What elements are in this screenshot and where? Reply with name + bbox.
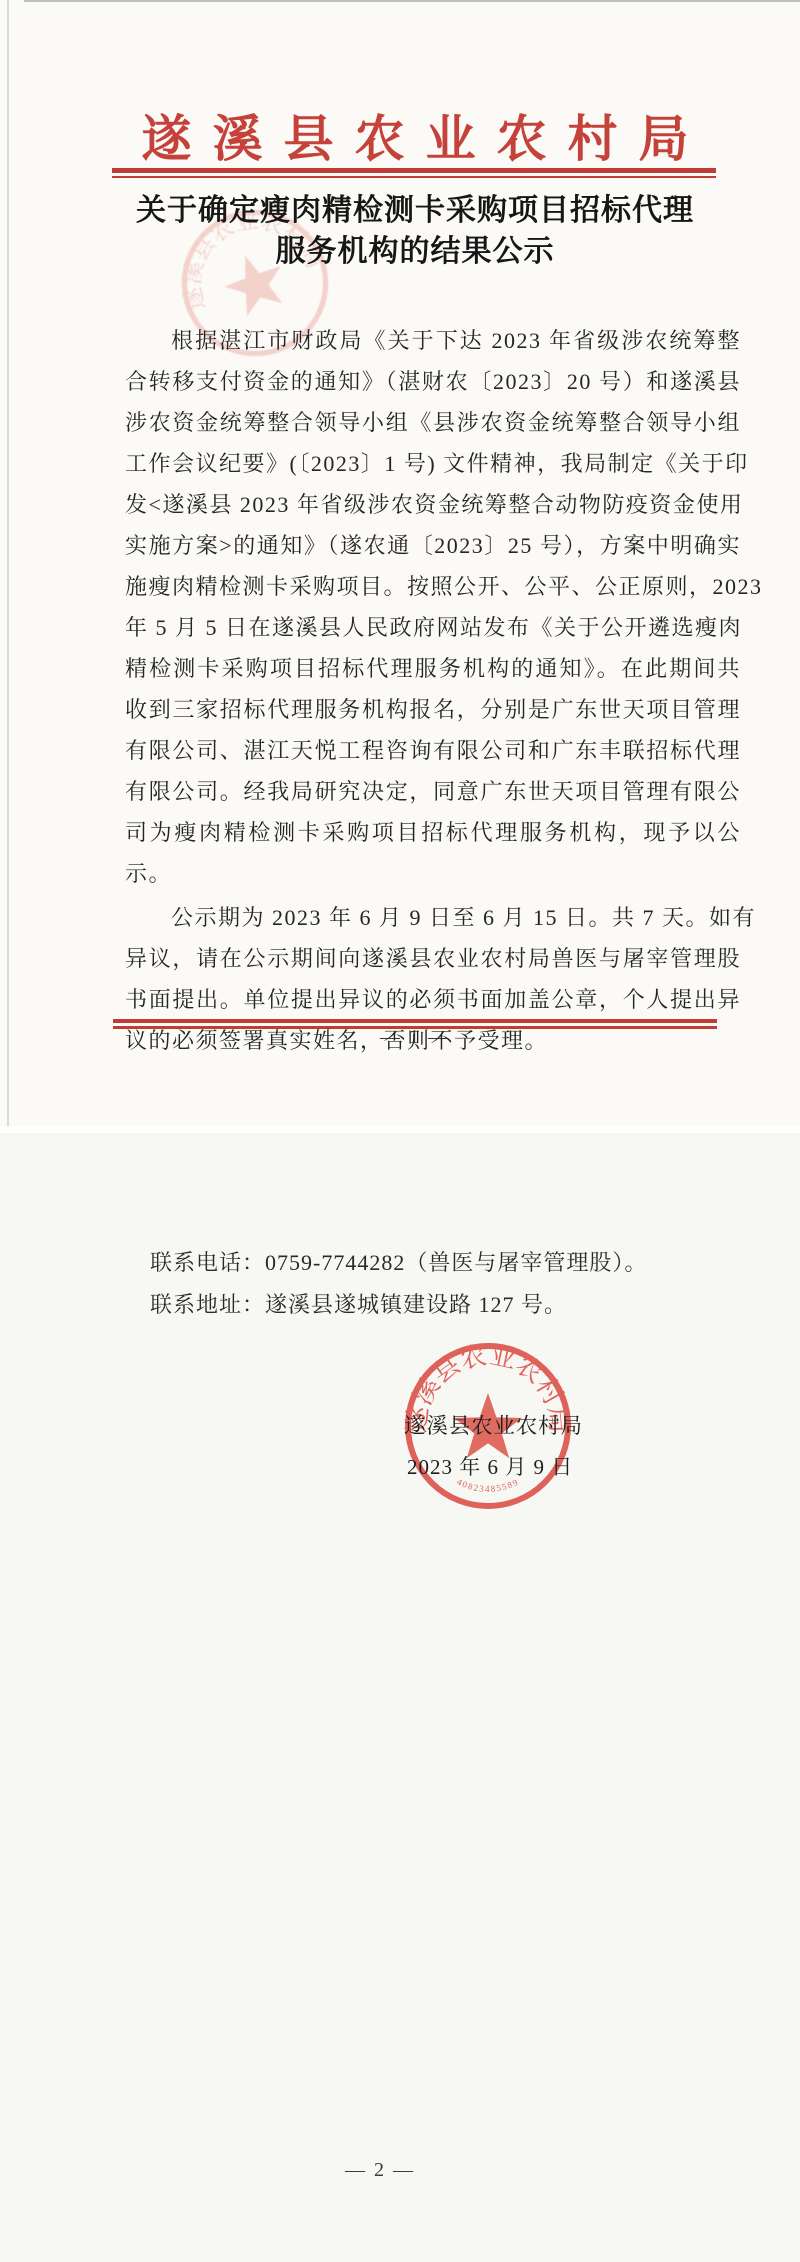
doc-line: 合转移支付资金的通知》（湛财农〔2023〕20 号）和遂溪县 bbox=[125, 361, 741, 402]
body-paragraph: 公示期为 2023 年 6 月 9 日至 6 月 15 日。共 7 天。如有异议… bbox=[125, 897, 741, 1061]
page-number-2: — 2 — bbox=[80, 2159, 680, 2182]
signature-organization: 遂溪县农业农村局 bbox=[404, 1409, 582, 1440]
signature-date: 2023 年 6 月 9 日 bbox=[407, 1451, 567, 1481]
letterhead-rule-thin bbox=[112, 176, 716, 178]
doc-line: 异议，请在公示期间向遂溪县农业农村局兽医与屠宰管理股 bbox=[125, 938, 741, 979]
doc-line: 司为瘦肉精检测卡采购项目招标代理服务机构，现予以公示。 bbox=[125, 812, 741, 894]
doc-line: 实施方案>的通知》（遂农通〔2023〕25 号），方案中明确实 bbox=[125, 525, 741, 566]
document-title-line-2: 服务机构的结果公示 bbox=[90, 231, 740, 272]
doc-line: 收到三家招标代理服务机构报名，分别是广东世天项目管理 bbox=[125, 689, 741, 730]
letterhead-title: 遂溪县农业农村局 bbox=[115, 99, 715, 171]
doc-line: 精检测卡采购项目招标代理服务机构的通知》。在此期间共 bbox=[125, 648, 741, 689]
contact-block: 联系电话：0759-7744282（兽医与屠宰管理股）。 联系地址：遂溪县遂城镇… bbox=[150, 1242, 647, 1326]
doc-line: 议的必须签署真实姓名，否则不予受理。 bbox=[125, 1020, 741, 1061]
scan-edge-left bbox=[7, 0, 9, 1126]
page-gap bbox=[0, 1126, 800, 1133]
doc-line: 根据湛江市财政局《关于下达 2023 年省级涉农统筹整 bbox=[125, 320, 741, 361]
doc-line: 有限公司、湛江天悦工程咨询有限公司和广东丰联招标代理 bbox=[125, 730, 741, 771]
doc-line: 有限公司。经我局研究决定，同意广东世天项目管理有限公 bbox=[125, 771, 741, 812]
page-1: 遂溪县农业农村局 遂溪县农业农村局 关于确定瘦肉精检测卡采购项目招标代理 服务机… bbox=[0, 0, 800, 1126]
document-title-line-1: 关于确定瘦肉精检测卡采购项目招标代理 bbox=[90, 190, 740, 231]
doc-line: 发<遂溪县 2023 年省级涉农资金统筹整合动物防疫资金使用 bbox=[125, 484, 741, 525]
doc-line: 书面提出。单位提出异议的必须书面加盖公章，个人提出异 bbox=[125, 979, 741, 1020]
contact-phone-line: 联系电话：0759-7744282（兽医与屠宰管理股）。 bbox=[150, 1242, 647, 1284]
doc-line: 年 5 月 5 日在遂溪县人民政府网站发布《关于公开遴选瘦肉 bbox=[125, 607, 741, 648]
scan-edge-top bbox=[24, 0, 800, 2]
document-scan: 遂溪县农业农村局 遂溪县农业农村局 关于确定瘦肉精检测卡采购项目招标代理 服务机… bbox=[0, 0, 800, 2262]
page-2: 联系电话：0759-7744282（兽医与屠宰管理股）。 联系地址：遂溪县遂城镇… bbox=[0, 1133, 800, 2262]
body-text: 根据湛江市财政局《关于下达 2023 年省级涉农统筹整合转移支付资金的通知》（湛… bbox=[125, 320, 741, 1061]
contact-address-line: 联系地址：遂溪县遂城镇建设路 127 号。 bbox=[150, 1284, 647, 1326]
document-title: 关于确定瘦肉精检测卡采购项目招标代理 服务机构的结果公示 bbox=[90, 190, 740, 272]
doc-line: 施瘦肉精检测卡采购项目。按照公开、公平、公正原则，2023 bbox=[125, 566, 741, 607]
letterhead-rule-thick bbox=[112, 168, 716, 173]
body-paragraph: 根据湛江市财政局《关于下达 2023 年省级涉农统筹整合转移支付资金的通知》（湛… bbox=[125, 320, 741, 894]
doc-line: 涉农资金统筹整合领导小组《县涉农资金统筹整合领导小组 bbox=[125, 402, 741, 443]
doc-line: 工作会议纪要》(〔2023〕1 号) 文件精神，我局制定《关于印 bbox=[125, 443, 741, 484]
doc-line: 公示期为 2023 年 6 月 9 日至 6 月 15 日。共 7 天。如有 bbox=[125, 897, 741, 938]
